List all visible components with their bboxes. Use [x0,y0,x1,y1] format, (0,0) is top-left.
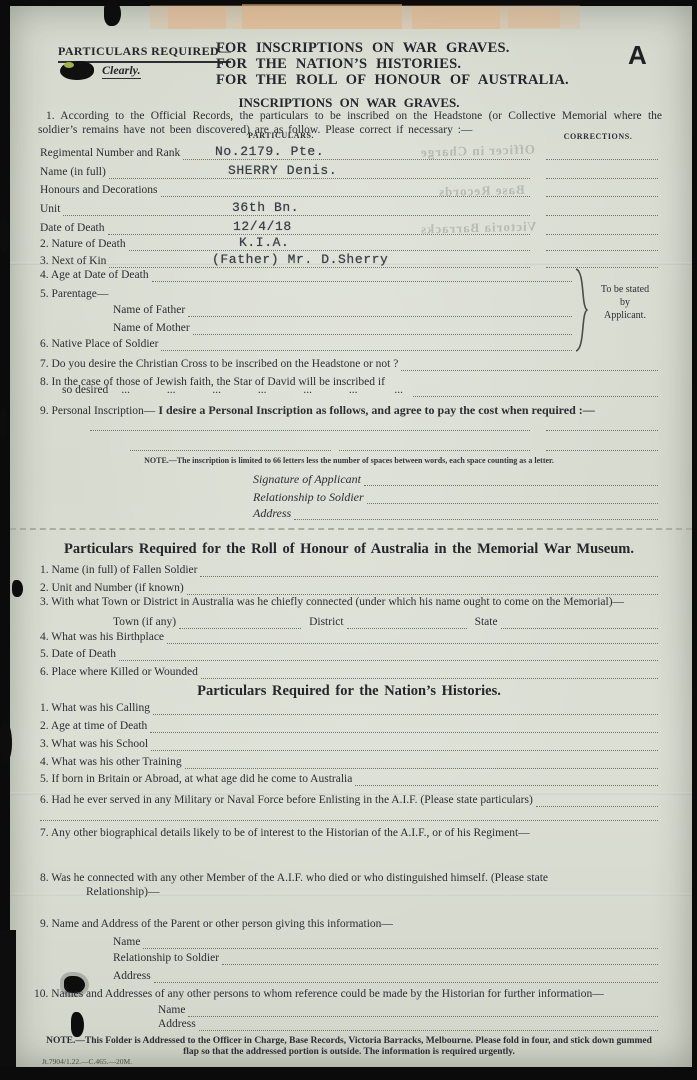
write-clearly-label: Clearly. [102,63,141,79]
field-label: 3. Next of Kin [40,255,109,268]
field-row-regimental: Regimental Number and Rank No.2179. Pte. [40,147,658,160]
dotted-line [119,648,658,661]
field-label: 4. Age at Date of Death [40,269,152,282]
dotted-line [153,702,658,715]
typed-value: K.I.A. [239,236,289,250]
dotted-line [185,756,658,769]
torn-edge [0,218,9,252]
history-item-10-address: Address [158,1018,658,1031]
field-label: 6. Native Place of Soldier [40,338,161,351]
roll-item-1: 1. Name (in full) of Fallen Soldier [40,564,658,577]
field-label: 1. Name (in full) of Fallen Soldier [40,564,200,577]
roll-item-5: 5. Date of Death [40,648,658,661]
history-item-10-name: Name [158,1004,658,1017]
roll-item-3: 3. With what Town or District in Austral… [40,596,662,609]
dotted-line [150,720,658,733]
roll-section-title: Particulars Required for the Roll of Hon… [38,541,660,558]
scan-bottom-edge [0,1067,697,1080]
typed-value: No.2179. Pte. [215,145,324,159]
dotted-line [347,616,467,629]
field-row-star-of-david-line2: so desired ... ... ... ... ... ... ... [62,384,658,397]
gummed-strip-patch [242,4,402,29]
inscription-limit-note: NOTE.—The inscription is limited to 66 l… [40,456,658,465]
history-item-6: 6. Had he ever served in any Military or… [40,794,658,807]
typed-value: 36th Bn. [232,201,299,215]
field-label: 7. Do you desire the Christian Cross to … [40,358,401,371]
dotted-line [188,304,572,317]
history-item-3: 3. What was his School [40,738,658,751]
torn-edge [0,722,12,762]
field-row-unit: Unit 36th Bn. [40,203,658,216]
field-label: Address [253,507,294,520]
dotted-line [413,384,658,397]
corrections-line [546,147,658,160]
address-row: Address [253,507,658,520]
field-label: so desired [62,384,111,397]
print-code: Jt.7904/1.22.—C.465.—20M. [42,1057,132,1066]
dotted-line [355,773,658,786]
field-label: Relationship)— [86,886,162,899]
corrections-line [546,418,658,431]
roll-town-row: Town (if any) District State [113,616,658,629]
dotted-line [222,952,658,965]
field-label: 2. Unit and Number (if known) [40,582,187,595]
dotted-line [40,808,658,821]
history-item-5: 5. If born in Britain or Abroad, at what… [40,773,658,786]
field-label: Relationship to Soldier [113,952,222,965]
field-label: 9. Personal Inscription— [40,405,158,418]
dotted-line [401,358,658,371]
applicant-brace-note: To be stated by Applicant. [592,283,658,322]
dotted-line [193,322,572,335]
dotted-line [161,184,530,197]
ink-blot [71,1012,84,1037]
field-label: Regimental Number and Rank [40,147,183,160]
field-row-age-at-death: 4. Age at Date of Death [40,269,572,282]
pointing-hand-icon [60,61,94,80]
field-row-honours: Honours and Decorations [40,184,658,197]
field-label: Address [158,1018,199,1031]
history-item-9-name: Name [113,936,658,949]
field-row-nature-of-death: 2. Nature of Death K.I.A. [40,238,658,251]
inscription-blank-line-1 [90,418,658,431]
field-label: District [301,616,347,629]
field-row-date-of-death: Date of Death 12/4/18 [40,222,658,235]
history-item-8-line2: Relationship)— [86,886,162,899]
field-label: 10. Names and Addresses of any other per… [34,988,604,1001]
gummed-strip-patch [168,6,226,29]
dotted-line [90,418,530,431]
roll-item-2: 2. Unit and Number (if known) [40,582,658,595]
dotted-line [367,491,658,504]
folding-instructions-note: NOTE.—This Folder is Addressed to the Of… [40,1036,658,1058]
history-item-8: 8. Was he connected with any other Membe… [40,872,662,885]
corrections-line [546,238,658,251]
purpose-line-3: FOR THE ROLL OF HONOUR OF AUSTRALIA. [216,72,569,88]
corrections-line [546,255,658,268]
field-label: 6. Place where Killed or Wounded [40,666,201,679]
dotted-line [167,631,658,644]
field-label: Relationship to Soldier [253,491,367,504]
corrections-line [546,438,658,451]
field-label: 2. Nature of Death [40,238,129,251]
field-label: Name [158,1004,188,1017]
ink-blot [104,0,121,26]
field-label: Honours and Decorations [40,184,161,197]
field-label: Signature of Applicant [253,473,364,486]
field-label: Town (if any) [113,616,179,629]
applicant-brace [574,268,588,352]
corrections-line [546,222,658,235]
field-label: 4. What was his Birthplace [40,631,167,644]
torn-edge [12,580,23,597]
dotted-line [151,738,658,751]
field-label-bold: I desire a Personal Inscription as follo… [158,404,597,417]
torn-edge [0,408,7,438]
field-row-christian-cross: 7. Do you desire the Christian Cross to … [40,358,658,371]
history-item-9: 9. Name and Address of the Parent or oth… [40,918,662,931]
dotted-line [130,438,331,451]
field-row-native-place: 6. Native Place of Soldier [40,338,572,351]
ellipsis-dots: ... ... ... ... ... ... ... [111,384,413,397]
inscription-blank-line-2 [130,438,658,451]
field-label: Name of Mother [113,322,193,335]
field-label: State [467,616,501,629]
brace-note-line: To be stated [592,283,658,296]
typed-value: (Father) Mr. D.Sherry [212,253,388,267]
history-item-6-overflow-line [40,808,658,821]
history-item-9-relationship: Relationship to Soldier [113,952,658,965]
field-label: Date of Death [40,222,108,235]
relationship-row: Relationship to Soldier [253,491,658,504]
dotted-line [152,269,572,282]
scanned-war-graves-form: Officer in Charge Base Records Victoria … [0,0,697,1080]
roll-item-4: 4. What was his Birthplace [40,631,658,644]
field-label: 3. What was his School [40,738,151,751]
field-row-name: Name (in full) SHERRY Denis. [40,166,658,179]
folder-letter: A [628,40,647,71]
dotted-line [161,338,572,351]
gummed-strip-patch [412,6,500,29]
column-header-corrections: CORRECTIONS. [538,132,658,141]
purpose-line-1: FOR INSCRIPTIONS ON WAR GRAVES. [216,40,569,56]
field-row-mother: Name of Mother [113,322,572,335]
corrections-line [546,166,658,179]
column-header-particulars: PARTICULARS. [248,131,314,140]
field-row-personal-inscription: 9. Personal Inscription— I desire a Pers… [40,404,598,417]
gummed-strip-patch [508,8,560,28]
history-item-7: 7. Any other biographical details likely… [40,827,662,840]
dotted-line [179,616,301,629]
field-label: 1. What was his Calling [40,702,153,715]
history-item-4: 4. What was his other Training [40,756,658,769]
typed-value: 12/4/18 [233,220,292,234]
field-label: Address [113,970,154,983]
dotted-line [154,970,658,983]
field-label: 5. Date of Death [40,648,119,661]
history-item-9-address: Address [113,970,658,983]
field-label: 3. With what Town or District in Austral… [40,596,624,609]
field-label: 7. Any other biographical details likely… [40,827,530,840]
signature-row: Signature of Applicant [253,473,658,486]
torn-edge [0,930,16,1070]
field-row-parentage: 5. Parentage— [40,288,111,301]
dotted-line [536,794,658,807]
corrections-line [546,184,658,197]
dotted-line [294,507,658,520]
field-row-next-of-kin: 3. Next of Kin (Father) Mr. D.Sherry [40,255,658,268]
field-label: 4. What was his other Training [40,756,185,769]
field-label: 2. Age at time of Death [40,720,150,733]
field-label: 9. Name and Address of the Parent or oth… [40,918,393,931]
field-label: Name of Father [113,304,188,317]
dotted-line [199,1018,658,1031]
hand-highlight [64,62,74,68]
form-purpose-lines: FOR INSCRIPTIONS ON WAR GRAVES. FOR THE … [216,40,569,89]
field-label: Name (in full) [40,166,109,179]
histories-section-title: Particulars Required for the Nation’s Hi… [38,683,660,700]
field-label: 5. If born in Britain or Abroad, at what… [40,773,355,786]
history-item-1: 1. What was his Calling [40,702,658,715]
field-label: 5. Parentage— [40,288,111,301]
dotted-line [364,473,658,486]
dotted-line [108,222,531,235]
typed-value: SHERRY Denis. [228,164,337,178]
dotted-line [200,564,658,577]
dotted-line [129,238,530,251]
field-label: 6. Had he ever served in any Military or… [40,794,536,807]
corrections-line [546,203,658,216]
dotted-line [187,582,658,595]
brace-note-line: by [592,296,658,309]
field-label: Name [113,936,143,949]
dotted-line [188,1004,658,1017]
brace-note-line: Applicant. [592,309,658,322]
field-label: 8. Was he connected with any other Membe… [40,872,548,885]
dotted-line [501,616,658,629]
purpose-line-2: FOR THE NATION’S HISTORIES. [216,56,569,72]
field-row-father: Name of Father [113,304,572,317]
history-item-10: 10. Names and Addresses of any other per… [34,988,662,1001]
roll-item-6: 6. Place where Killed or Wounded [40,666,658,679]
dotted-line [143,936,658,949]
dotted-line [201,666,658,679]
perforation-line [10,528,692,530]
history-item-2: 2. Age at time of Death [40,720,658,733]
dotted-line [339,438,530,451]
field-label: Unit [40,203,63,216]
